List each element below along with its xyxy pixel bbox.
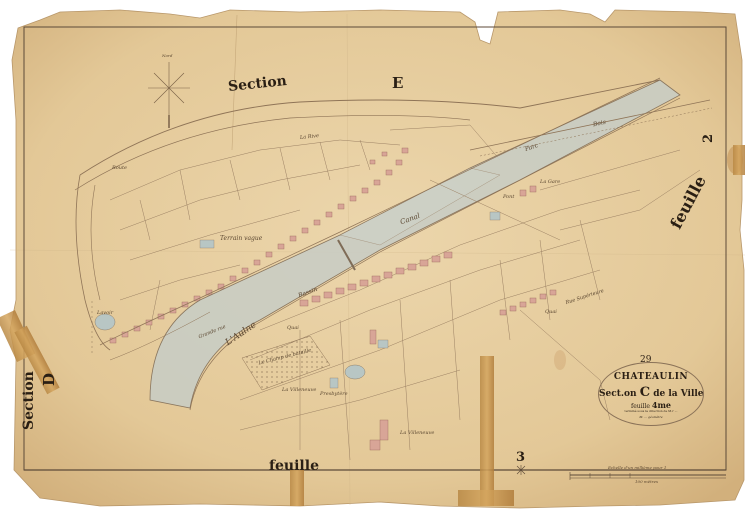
title-cartouche: CHATEAULIN Sect.on C de la Ville feuille… xyxy=(598,362,704,426)
tape-bottom-left xyxy=(290,470,304,506)
label-la-villeneuve-1: La Villeneuve xyxy=(282,388,316,393)
section-e-letter: E xyxy=(392,76,403,91)
label-la-villeneuve-2: La Villeneuve xyxy=(400,431,434,436)
scale-text: Echelle d'un millième pour 1 xyxy=(608,466,666,470)
map-sheet xyxy=(0,0,747,512)
cadastral-map: Section E Section D feuille 2 feuille 3 … xyxy=(0,0,747,512)
cartouche-section-name: de la Ville xyxy=(653,389,703,399)
label-pont: Pont xyxy=(503,195,514,200)
cartouche-section: Sect.on C de la Ville xyxy=(599,386,703,399)
cartouche-section-prefix: Sect.on xyxy=(599,389,637,399)
tape-bottom-center-vertical xyxy=(480,356,494,506)
tape-bottom-center-horizontal xyxy=(458,490,514,506)
label-terrain-vague: Terrain vague xyxy=(220,236,262,242)
section-d-letter: D xyxy=(42,373,57,386)
label-route: Route xyxy=(112,166,127,171)
cartouche-subtext-1: terminé sous la direction de M.r ... xyxy=(599,410,703,413)
feuille-3-word: feuille xyxy=(269,459,319,473)
compass-north-label: Nord xyxy=(162,54,172,58)
section-d-word: Section xyxy=(22,371,36,430)
label-presbytere: Presbytère xyxy=(320,392,348,397)
small-compass-icon xyxy=(516,465,526,475)
scale-subtext: 100 mètres xyxy=(635,480,658,484)
label-lavoir: Lavoir xyxy=(97,311,113,316)
label-quai: Quai xyxy=(287,326,299,331)
label-quai-nord: Quai xyxy=(545,310,557,315)
pond-center xyxy=(345,365,365,379)
pond-west xyxy=(95,314,115,330)
feuille-2-number: 2 xyxy=(702,134,715,143)
cartouche-subtext-2: M. ... géomètre xyxy=(599,416,703,419)
feuille-3-number: 3 xyxy=(516,451,525,464)
tape-right xyxy=(733,145,745,175)
label-la-gare: La Gare xyxy=(540,180,560,185)
cartouche-commune: CHATEAULIN xyxy=(599,373,703,382)
cartouche-section-letter: C xyxy=(640,385,650,400)
paper-sheet xyxy=(10,10,744,508)
